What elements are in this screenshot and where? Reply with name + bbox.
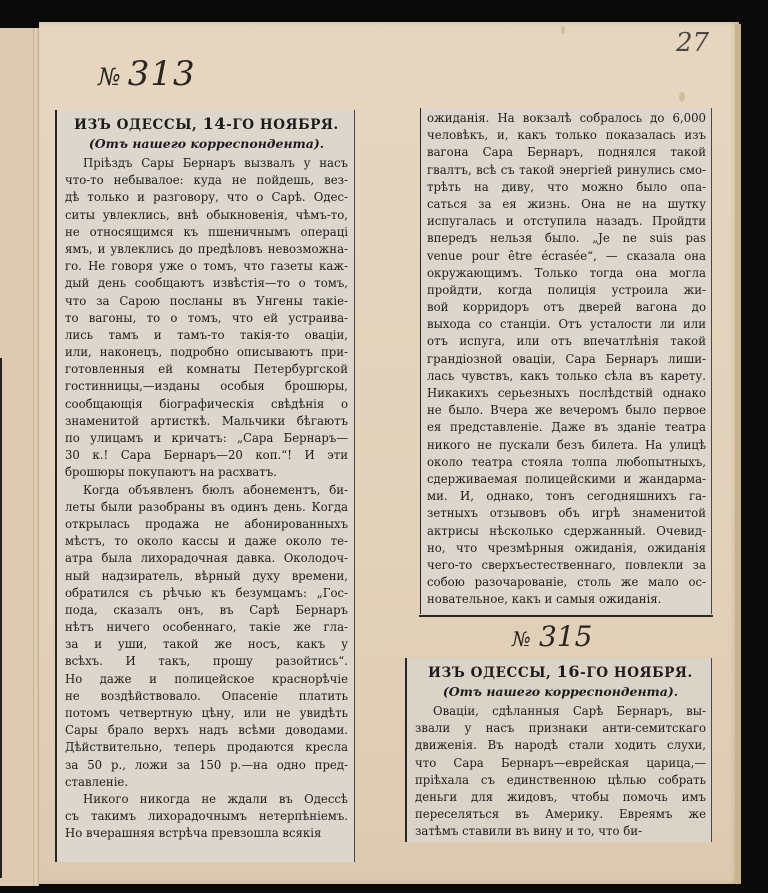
article-line: ставленіе. (65, 774, 348, 791)
clipping-heading: ИЗЪ ОДЕССЫ, 14-ГО НОЯБРЯ. (65, 114, 348, 135)
clipping-byline: (Отъ нашего корреспондента). (65, 135, 348, 153)
article-line: отъ испуга, или отъ впечатлѣнія такой (427, 333, 706, 350)
article-line: сообщающія біографическія свѣдѣнія о (65, 396, 348, 413)
article-line: Когда объявленъ бюлъ абонементъ, би- (65, 482, 348, 499)
article-line: готовленныя ей комнаты Петербургской (65, 361, 348, 378)
article-line: ми. И, однако, тонъ сегодняшнихъ га- (427, 488, 706, 505)
facing-page-column-rule (0, 358, 2, 878)
article-line: Сары брало верхъ надъ всѣми доводами. (65, 722, 348, 739)
clipping-heading: ИЗЪ ОДЕССЫ, 16-ГО НОЯБРЯ. (415, 662, 706, 683)
article-line: открылась продажа не абонированныхъ (65, 516, 348, 533)
article-line: знаменитой артисткѣ. Мальчики бѣгаютъ (65, 413, 348, 430)
article-line: Никого никогда не ждали въ Одессѣ (65, 791, 348, 808)
article-line: движенія. Въ народѣ стали ходить слухи, (415, 737, 706, 754)
handwritten-clipping-number-313: №313 (98, 54, 196, 94)
article-line: никого не пускали безъ билета. На улицѣ (427, 437, 706, 454)
article-line: что за Сарою посланы въ Унгены такіе- (65, 293, 348, 310)
article-line: съ такимъ лихорадочнымъ нетерпѣніемъ. (65, 808, 348, 825)
article-line: ожиданія. На вокзалѣ собралось до 6,000 (427, 110, 706, 127)
heading-day: 14 (203, 114, 226, 133)
article-line: Но вчерашняя встрѣча превзошла всякія (65, 825, 348, 842)
article-body: ожиданія. На вокзалѣ собралось до 6,000ч… (427, 110, 706, 608)
article-line: зетныхъ отзывовъ объ игрѣ знаменитой (427, 505, 706, 522)
article-line: пріѣхала съ единственною цѣлью собрать (415, 772, 706, 789)
article-line: 30 к.! Сара Бернаръ—20 коп.“! И эти (65, 447, 348, 464)
article-line: дѣ только и разговору, что о Сарѣ. Одес- (65, 189, 348, 206)
article-line: испугалась и отступила назадъ. Пройдти (427, 213, 706, 230)
article-line: го. Не говоря уже о томъ, что газеты каж… (65, 258, 348, 275)
clipping-byline: (Отъ нашего корреспондента). (415, 683, 706, 701)
article-line: обратился съ рѣчью къ безумцамъ: „Гос- (65, 585, 348, 602)
article-line: актрисы нѣсколько сдержанный. Очевид- (427, 523, 706, 540)
article-line: переселяться въ Америку. Евреямъ же (415, 806, 706, 823)
article-line: лись тамъ и тамъ-то такія-то оваціи, (65, 327, 348, 344)
article-line: что Сара Бернаръ—еврейская царица,— (415, 755, 706, 772)
facing-page-edge (0, 28, 37, 886)
article-line: всѣхъ. И такъ, прошу разойтись“. (65, 653, 348, 670)
article-line: не было. Вчера же вечеромъ было первое (427, 402, 706, 419)
article-line: лась чувствъ, какъ только сѣла въ карету… (427, 368, 706, 385)
article-line: или, наконецъ, подробно описываютъ при- (65, 344, 348, 361)
article-line: чего-то сверхъестественнаго, повлекли за (427, 557, 706, 574)
article-line: Пріѣздъ Сары Бернаръ вызвалъ у насъ (65, 155, 348, 172)
clipping-number: 315 (539, 620, 592, 653)
article-body: Пріѣздъ Сары Бернаръ вызвалъ у насъчто-т… (65, 155, 348, 843)
article-line: ный надзиратель, вѣрный духу времени, (65, 568, 348, 585)
paper-stain (679, 92, 685, 102)
article-line: леты были разобраны въ одинъ день. Когда (65, 499, 348, 516)
number-sign: № (512, 627, 531, 651)
article-line: затѣмъ ставили въ вину и то, что би- (415, 823, 706, 840)
article-line: вой корридоръ отъ дверей вагона до (427, 299, 706, 316)
article-line: не относящимся къ пшеничнымъ операці (65, 224, 348, 241)
heading-month: -ГО НОЯБРЯ. (580, 665, 693, 681)
article-line: по улицамъ и кричатъ: „Сара Бернаръ— (65, 430, 348, 447)
article-line: грандіозной оваціи, Сара Бернаръ лиши- (427, 351, 706, 368)
article-line: venue pour être écrasée“, — сказала она (427, 248, 706, 265)
article-line: вагона Сара Бернаръ, поднялся такой (427, 144, 706, 161)
article-line: трѣть на диву, что можно было опа- (427, 179, 706, 196)
article-line: потомъ четвертную цѣну, или не увидѣть (65, 705, 348, 722)
article-line: нѣтъ ничего особеннаго, такіе же гла- (65, 619, 348, 636)
article-line: человѣкъ, и, какъ только показалась изъ (427, 127, 706, 144)
article-line: ситы увлеклись, внѣ обыкновенія, чѣмъ-то… (65, 207, 348, 224)
heading-day: 16 (557, 662, 580, 681)
newspaper-clipping-1-column-2: ожиданія. На вокзалѣ собралось до 6,000ч… (420, 108, 712, 614)
article-line: Никакихъ серьезныхъ послѣдствій однако (427, 385, 706, 402)
newspaper-clipping-1-column-1: ИЗЪ ОДЕССЫ, 14-ГО НОЯБРЯ. (Отъ нашего ко… (55, 110, 355, 862)
article-line: брошюры покупаютъ на расхватъ. (65, 464, 348, 481)
article-line: гостинницы,—изданы особыя брошюры, (65, 378, 348, 395)
heading-place: ИЗЪ ОДЕССЫ, (428, 665, 551, 681)
article-line: гвалтъ, всѣ съ такой энергіей ринулись с… (427, 162, 706, 179)
article-line: Но даже и полицейское краснорѣчіе (65, 671, 348, 688)
article-line: дый день сообщаютъ извѣстія—то о томъ, (65, 275, 348, 292)
clipping-number: 313 (128, 54, 196, 94)
number-sign: № (98, 63, 122, 91)
article-line: атра была лихорадочная давка. Околодоч- (65, 550, 348, 567)
article-line: Дѣйствительно, теперь продаются кресла (65, 739, 348, 756)
handwritten-folio-number: 27 (676, 28, 709, 58)
heading-place: ИЗЪ ОДЕССЫ, (74, 117, 197, 133)
article-line: не воздѣйствовало. Опасеніе платить (65, 688, 348, 705)
article-line: сдерживаемая полицейскими и жандарма- (427, 471, 706, 488)
article-line: ея представленіе. Даже въ зданіе театра (427, 419, 706, 436)
article-body: Оваціи, сдѣланныя Сарѣ Бернаръ, вы-звали… (415, 703, 706, 841)
article-line: деньги для жидовъ, чтобы помочь имъ (415, 789, 706, 806)
paper-stain (561, 26, 565, 34)
article-line: мѣстъ, то около кассы и даже около те- (65, 533, 348, 550)
article-line: пода, сказалъ онъ, въ Сарѣ Бернаръ (65, 602, 348, 619)
article-line: за 50 р., ложи за 150 р.—на одно пред- (65, 757, 348, 774)
article-line: около театра стояла толпа любопытныхъ, (427, 454, 706, 471)
handwritten-clipping-number-315: №315 (512, 620, 592, 653)
article-line: что-то небывалое: куда не пойдешь, вез- (65, 172, 348, 189)
article-line: звали у насъ признаки анти-семитскаго (415, 720, 706, 737)
article-line: выхода со станціи. Отъ усталости ли или (427, 316, 706, 333)
article-line: новательное, какъ и самыя ожиданія. (427, 591, 706, 608)
article-line: пройдти, когда полиція устроила жи- (427, 282, 706, 299)
heading-month: -ГО НОЯБРЯ. (226, 117, 339, 133)
page-edge (735, 24, 741, 884)
newspaper-clipping-2: ИЗЪ ОДЕССЫ, 16-ГО НОЯБРЯ. (Отъ нашего ко… (405, 658, 712, 842)
article-line: то вагоны, то о томъ, что ей устраива- (65, 310, 348, 327)
article-line: за и уши, такой же носъ, какъ у (65, 636, 348, 653)
article-line: ямъ, и увлеклись до предѣловъ невозможна… (65, 241, 348, 258)
article-line: впередъ нельзя было. „Je ne suis pas (427, 230, 706, 247)
article-line: саться за ея жизнь. Она не на шутку (427, 196, 706, 213)
article-line: но, что чрезмѣрныя ожиданія, ожиданія (427, 540, 706, 557)
article-line: собою разочарованіе, столь же мало ос- (427, 574, 706, 591)
article-line: окружающимъ. Только тогда она могла (427, 265, 706, 282)
article-line: Оваціи, сдѣланныя Сарѣ Бернаръ, вы- (415, 703, 706, 720)
